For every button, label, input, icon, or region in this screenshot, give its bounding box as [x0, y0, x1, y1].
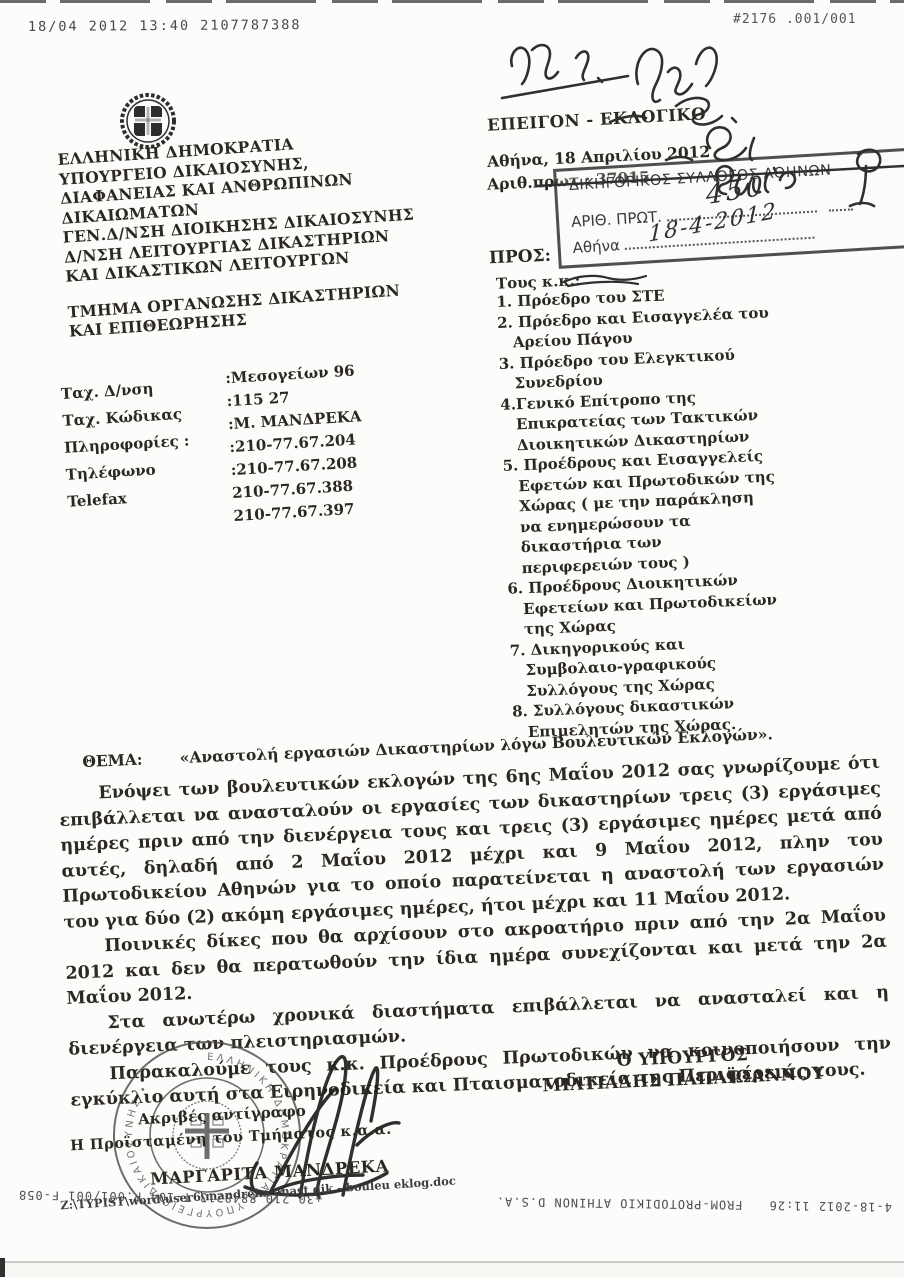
scan-edge-artifact — [0, 0, 904, 3]
scan-bottom-band — [0, 1263, 904, 1277]
fax-footer-from: FROM-PROTODIKIO ATHINON D.S.A. — [496, 1195, 743, 1212]
subject-label: ΘΕΜΑ: — [82, 748, 175, 771]
sender-ministry-block: ΕΛΛΗΝΙΚΗ ΔΗΜΟΚΡΑΤΙΑ ΥΠΟΥΡΓΕΙΟ ΔΙΚΑΙΟΣΥΝΗ… — [57, 122, 489, 341]
recipient-item: 5. Προέδρους και Εισαγγελείς Εφετών και … — [502, 445, 779, 578]
recipient-item: 6. Προέδρους Διοικητικών Εφετείων και Πρ… — [507, 568, 781, 640]
recipient-list: 1. Πρόεδρο του ΣΤΕ 2. Πρόεδρο και Εισαγγ… — [496, 282, 785, 743]
to-label: ΠΡΟΣ: — [489, 246, 552, 269]
recipient-item: 4.Γενικό Επίτροπο της Επικρατείας των Τα… — [500, 384, 774, 456]
handwritten-annotations — [480, 20, 904, 270]
fax-footer-datetime: 4-18-2012 11:26 — [768, 1198, 892, 1214]
contact-info-block: Ταχ. Δ/νση Ταχ. Κώδικας Πληροφορίες : Τη… — [60, 353, 469, 536]
scanned-fax-document: 18/04 2012 13:40 2107787388 #2176 .001/0… — [0, 0, 904, 1277]
fax-header-timestamp: 18/04 2012 13:40 2107787388 — [28, 17, 302, 35]
recipient-item: 7. Δικηγορικούς και Συμβολαιο-γραφικούς … — [509, 630, 783, 702]
scan-bottom-notch — [0, 1258, 5, 1277]
